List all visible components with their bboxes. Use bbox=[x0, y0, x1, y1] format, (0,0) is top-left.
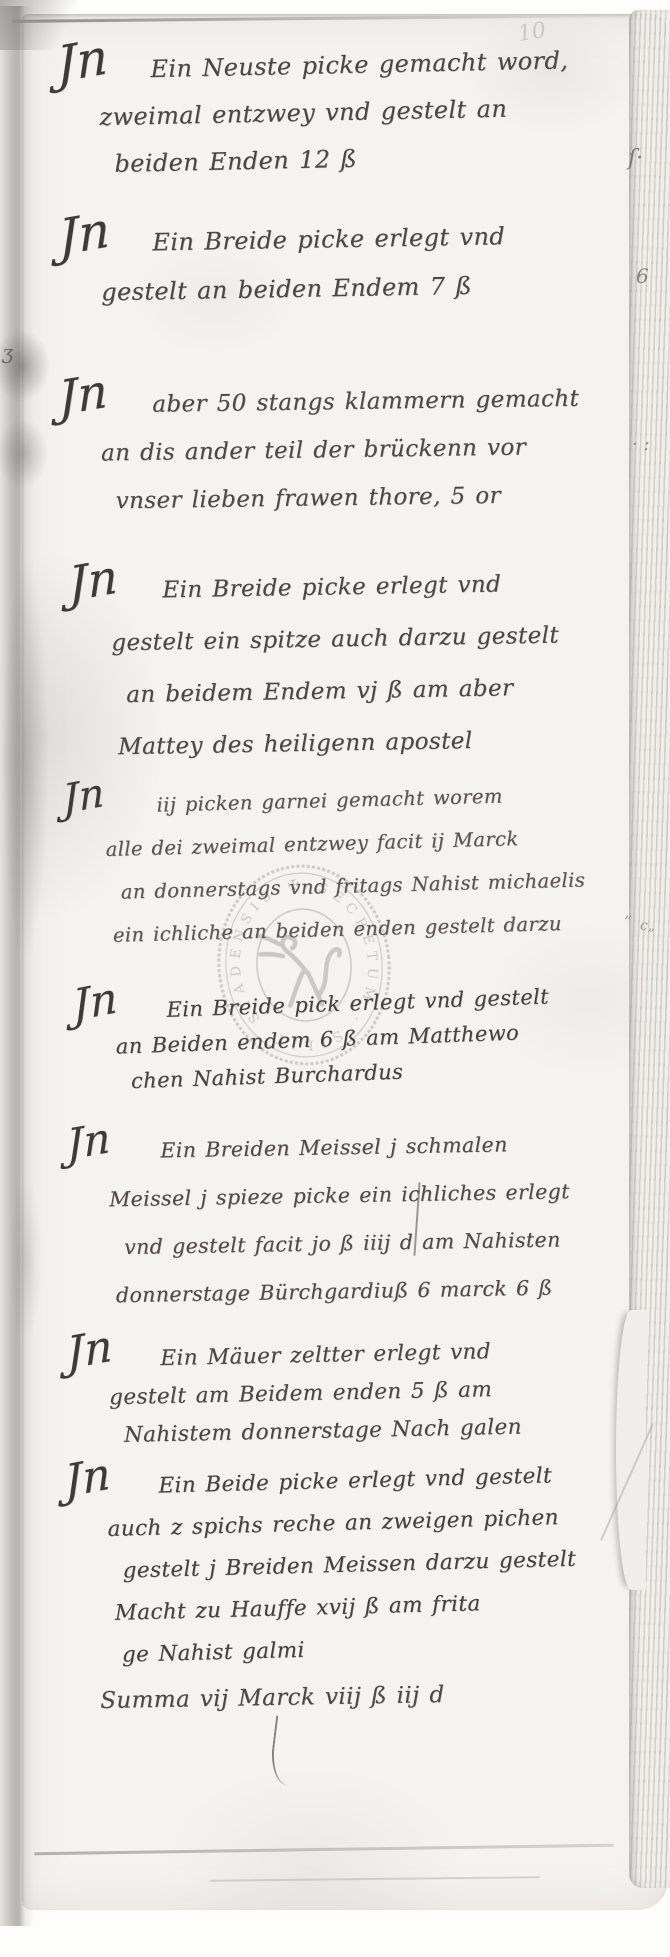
text-line: an beidem Endem vj ß am aber bbox=[126, 662, 561, 722]
margin-mark: ” bbox=[624, 912, 632, 931]
text-line: vnser lieben frawen thore, 5 or bbox=[115, 471, 581, 525]
text-line: zweimal entzwey vnd gestelt an bbox=[99, 84, 570, 141]
margin-mark: c„ bbox=[640, 918, 655, 934]
page-edge-stack bbox=[629, 10, 670, 1888]
entry-paragraph-3: Jn aber 50 stangs klammern gemacht an di… bbox=[62, 375, 581, 526]
margin-mark: ʒ bbox=[2, 340, 13, 364]
text-line: an dis ander teil der brückenn vor bbox=[101, 423, 581, 478]
text-line: aber 50 stangs klammern gemacht bbox=[100, 375, 580, 430]
text-line: Ein Breide picke erlegt vnd bbox=[110, 558, 559, 618]
entry-paragraph-7: Jn Ein Breiden Meissel j schmalen Meisse… bbox=[70, 1119, 572, 1320]
entry-paragraph-4: Jn Ein Breide picke erlegt vnd gestelt e… bbox=[72, 558, 561, 774]
margin-mark: · : bbox=[632, 434, 650, 455]
item-mark: Jn bbox=[62, 771, 106, 822]
text-line: gestelt an beiden Endem 7 ß bbox=[101, 261, 506, 317]
item-mark: Jn bbox=[58, 205, 111, 264]
item-mark: Jn bbox=[64, 1453, 112, 1504]
entry-paragraph-1: Jn Ein Neuste picke gemacht word, zweima… bbox=[60, 37, 571, 189]
text-line: gestelt ein spitze auch darzu gestelt bbox=[111, 610, 560, 670]
margin-mark: ſ· bbox=[628, 146, 643, 171]
text-line: donnerstage Bürchgardiuß 6 marck 6 ß bbox=[116, 1263, 572, 1319]
text-line: Ein Breiden Meissel j schmalen bbox=[108, 1119, 569, 1175]
item-mark: Jn bbox=[58, 367, 109, 424]
text-line: Meissel j spieze picke ein ichliches erl… bbox=[109, 1167, 570, 1223]
item-mark: Jn bbox=[68, 551, 119, 612]
item-mark: Jn bbox=[66, 1327, 114, 1374]
item-mark: Jn bbox=[66, 1114, 112, 1170]
entry-paragraph-8: Jn Ein Mäuer zeltter erlegt vnd gestelt … bbox=[70, 1333, 522, 1456]
entry-paragraph-9: Jn Ein Beide picke erlegt vnd gestelt au… bbox=[68, 1455, 579, 1678]
margin-mark: 6 bbox=[636, 264, 649, 288]
text-line: vnd gestelt facit jo ß iiij d am Nahiste… bbox=[124, 1215, 571, 1271]
text-line: beiden Enden 12 ß bbox=[114, 131, 571, 188]
manuscript-scan: 10 STADENSIS ✠ SECRETUM · SILIT Jn Ein N… bbox=[0, 0, 670, 1957]
entry-paragraph-5: Jn iij picken garnei gemacht worem alle … bbox=[66, 772, 587, 957]
text-line: Mattey des heiligenn apostel bbox=[118, 713, 562, 773]
entry-paragraph-2: Jn Ein Breide picke erlegt vnd gestelt a… bbox=[62, 212, 506, 318]
item-mark: Jn bbox=[72, 981, 119, 1025]
item-mark: Jn bbox=[56, 33, 109, 90]
entry-paragraph-6: Jn Ein Breide pick erlegt vnd gestelt an… bbox=[76, 980, 552, 1101]
text-line: Ein Breide picke erlegt vnd bbox=[100, 212, 505, 268]
